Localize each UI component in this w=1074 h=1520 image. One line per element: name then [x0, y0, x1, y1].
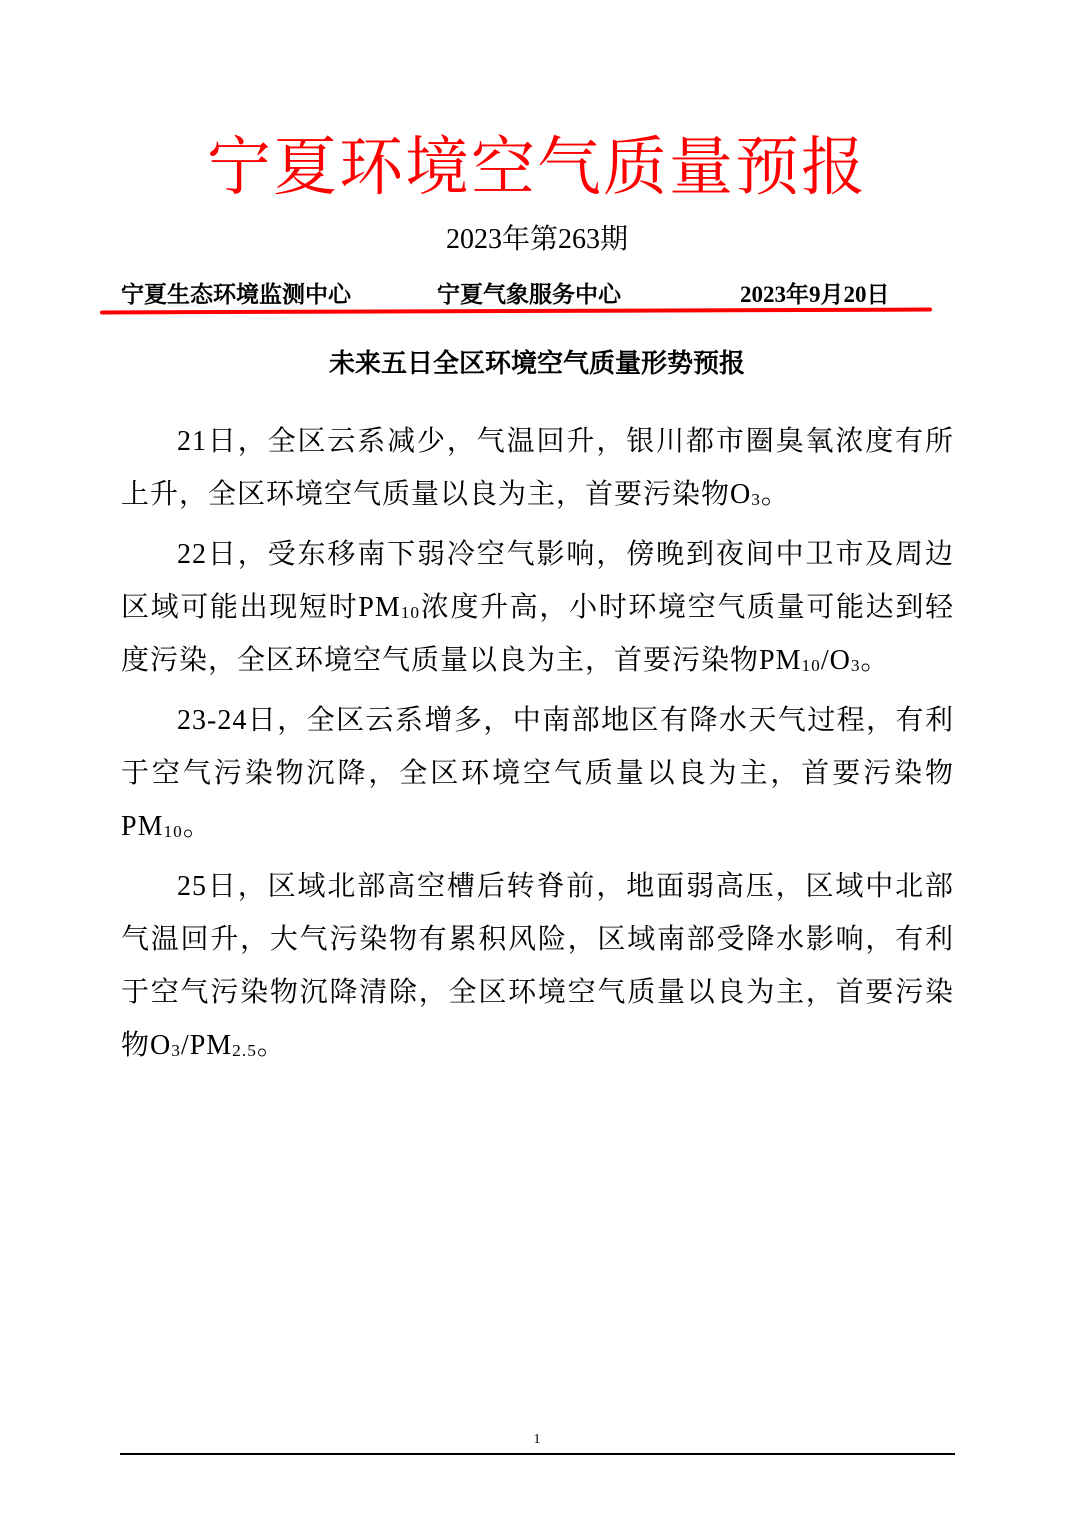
issue-number: 2023年第263期 — [0, 218, 1074, 262]
forecast-paragraph-day-21: 21日，全区云系减少，气温回升，银川都市圈臭氧浓度有所上升，全区环境空气质量以良… — [121, 415, 954, 521]
forecast-paragraph-day-23-24: 23-24日，全区云系增多，中南部地区有降水天气过程，有利于空气污染物沉降，全区… — [121, 694, 954, 853]
section-heading: 未来五日全区环境空气质量形势预报 — [0, 344, 1074, 384]
forecast-body: 21日，全区云系减少，气温回升，银川都市圈臭氧浓度有所上升，全区环境空气质量以良… — [121, 415, 954, 1072]
publisher-monitoring-center: 宁夏生态环境监测中心 — [121, 278, 351, 312]
page-number: 1 — [0, 1432, 1074, 1448]
forecast-paragraph-day-25: 25日，区域北部高空槽后转脊前，地面弱高压，区域中北部气温回升，大气污染物有累积… — [121, 860, 954, 1072]
forecast-paragraph-day-22: 22日，受东移南下弱冷空气影响，傍晚到夜间中卫市及周边区域可能出现短时PM10浓… — [121, 528, 954, 687]
document-title: 宁夏环境空气质量预报 — [0, 128, 1074, 208]
publisher-meteorological-center: 宁夏气象服务中心 — [437, 278, 621, 312]
footer-divider — [120, 1453, 955, 1455]
